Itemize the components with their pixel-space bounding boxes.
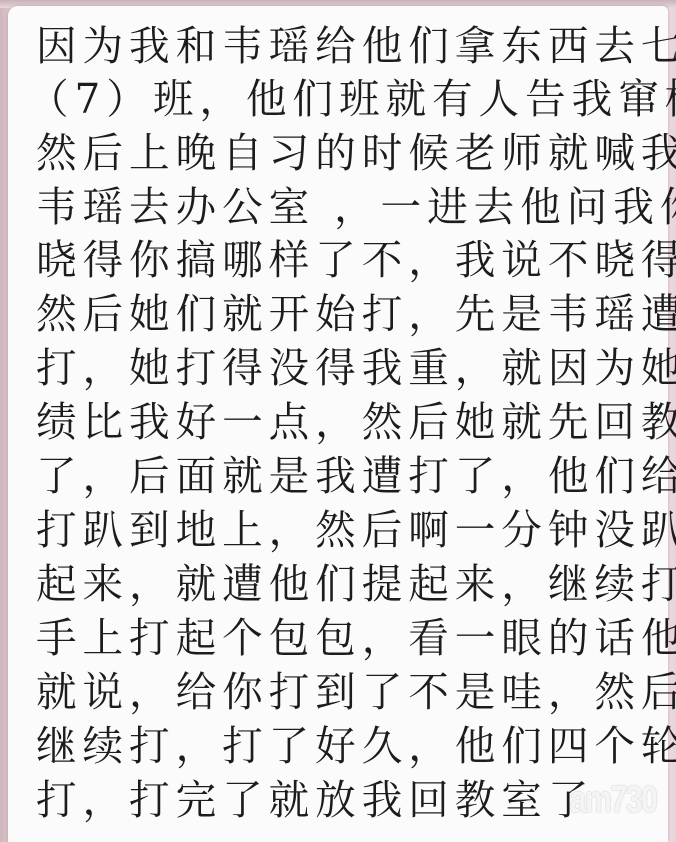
text-line: 绩比我好一点，然后她就先回教室 — [36, 396, 676, 448]
text-line: 起来，就遭他们提起来，继续打， — [36, 558, 676, 610]
text-line: 打，她打得没得我重，就因为她成 — [36, 342, 676, 394]
text-line: 韦瑶去办公室 ，一进去他问我你 — [36, 181, 676, 233]
text-line: 打，打完了就放我回教室了 — [36, 774, 594, 826]
text-line: 然后上晚自习的时候老师就喊我和 — [36, 127, 676, 179]
text-line: 晓得你搞哪样了不，我说不晓得， — [36, 234, 676, 286]
text-line: 就说，给你打到了不是哇，然后又 — [36, 666, 676, 718]
am730-watermark-logo: am730 — [569, 779, 656, 822]
text-line: 因为我和韦瑶给他们拿东西去七 — [36, 20, 676, 72]
text-line: 手上打起个包包，看一眼的话他们 — [36, 612, 676, 664]
text-line: 继续打，打了好久，他们四个轮流 — [36, 720, 676, 772]
text-line: （7）班，他们班就有人告我窜楼， — [28, 73, 676, 125]
paper-sheet: 因为我和韦瑶给他们拿东西去七 （7）班，他们班就有人告我窜楼， 然后上晚自习的时… — [8, 6, 668, 842]
text-line: 打趴到地上，然后啊一分钟没趴得 — [36, 504, 676, 556]
text-line: 然后她们就开始打，先是韦瑶遭 — [36, 288, 676, 340]
handwritten-text-block: 因为我和韦瑶给他们拿东西去七 （7）班，他们班就有人告我窜楼， 然后上晚自习的时… — [8, 6, 668, 842]
text-line: 了，后面就是我遭打了，他们给我 — [36, 450, 676, 502]
